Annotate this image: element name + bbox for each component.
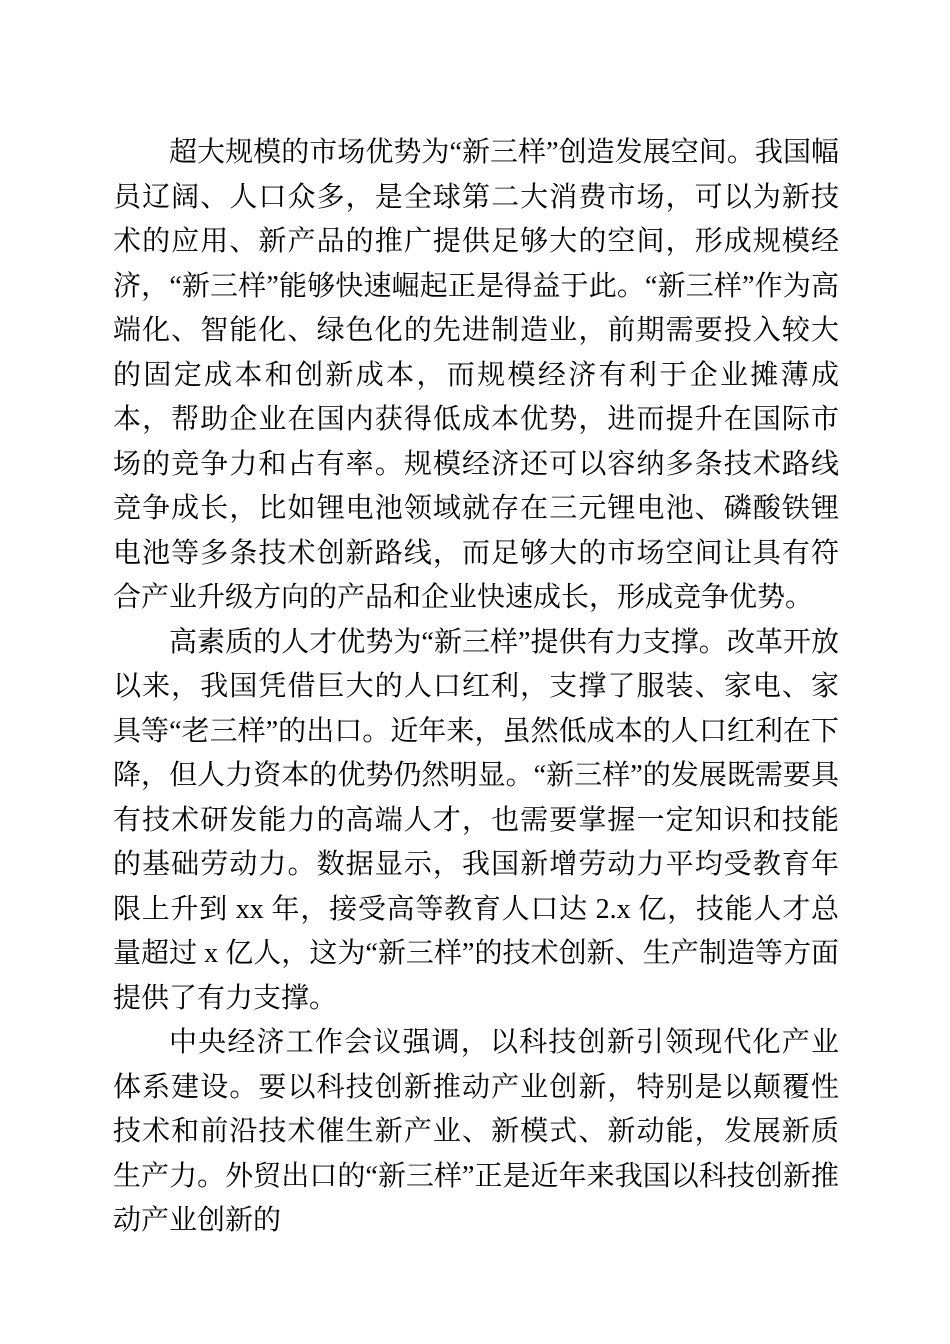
paragraph: 中央经济工作会议强调，以科技创新引领现代化产业体系建设。要以科技创新推动产业创新… xyxy=(113,1021,839,1244)
paragraph: 高素质的人才优势为“新三样”提供有力支撑。改革开放以来，我国凭借巨大的人口红利，… xyxy=(113,621,839,1022)
document-page: 超大规模的市场优势为“新三样”创造发展空间。我国幅员辽阔、人口众多，是全球第二大… xyxy=(0,0,950,1344)
paragraph: 超大规模的市场优势为“新三样”创造发展空间。我国幅员辽阔、人口众多，是全球第二大… xyxy=(113,131,839,621)
document-body: 超大规模的市场优势为“新三样”创造发展空间。我国幅员辽阔、人口众多，是全球第二大… xyxy=(113,131,839,1244)
